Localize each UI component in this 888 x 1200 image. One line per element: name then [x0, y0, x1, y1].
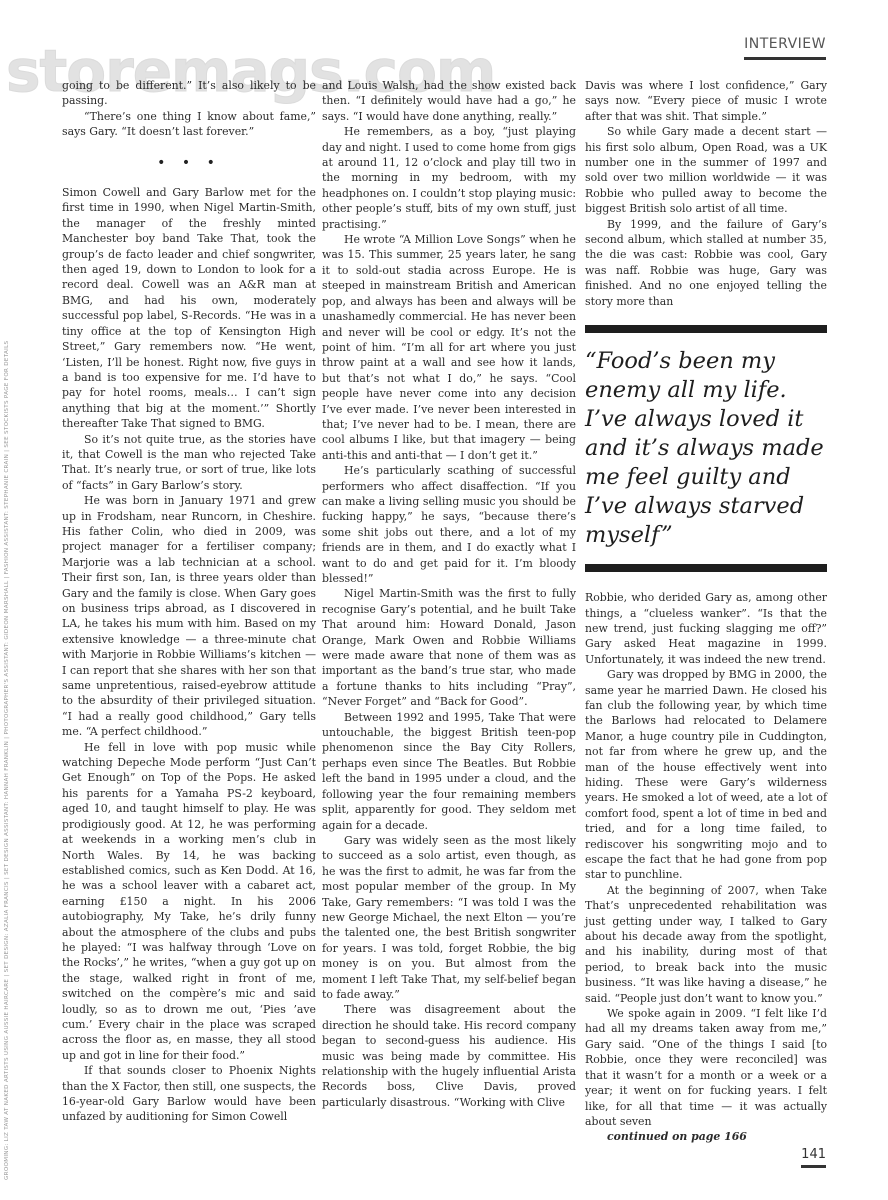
section-label: INTERVIEW: [744, 36, 826, 60]
article-column-1: going to be different.” It’s also likely…: [62, 78, 316, 1125]
paragraph: By 1999, and the failure of Gary’s secon…: [585, 217, 827, 309]
paragraph: Between 1992 and 1995, Take That were un…: [322, 710, 576, 833]
continued-link[interactable]: continued on page 166: [585, 1129, 827, 1144]
section-divider: • • •: [62, 156, 316, 171]
paragraph: We spoke again in 2009. “I felt like I’d…: [585, 1006, 827, 1129]
photo-credits: GROOMING: LIZ TAW AT NAKED ARTISTS USING…: [4, 60, 10, 1180]
paragraph: Robbie, who derided Gary as, among other…: [585, 590, 827, 667]
paragraph: He wrote “A Million Love Songs” when he …: [322, 232, 576, 463]
paragraph: Simon Cowell and Gary Barlow met for the…: [62, 185, 316, 432]
paragraph: He’s particularly scathing of successful…: [322, 463, 576, 586]
paragraph: Davis was where I lost confidence,” Gary…: [585, 78, 827, 124]
paragraph: He remembers, as a boy, “just playing da…: [322, 124, 576, 232]
paragraph: He fell in love with pop music while wat…: [62, 740, 316, 1064]
article-column-3: Davis was where I lost confidence,” Gary…: [585, 78, 827, 1145]
paragraph: At the beginning of 2007, when Take That…: [585, 883, 827, 1006]
paragraph: Gary was dropped by BMG in 2000, the sam…: [585, 667, 827, 883]
paragraph: Gary was widely seen as the most likely …: [322, 833, 576, 1002]
paragraph: He was born in January 1971 and grew up …: [62, 493, 316, 740]
paragraph: If that sounds closer to Phoenix Nights …: [62, 1063, 316, 1125]
paragraph: and Louis Walsh, had the show existed ba…: [322, 78, 576, 124]
pull-quote-text: “Food’s been my enemy all my life. I’ve …: [585, 347, 827, 550]
paragraph: Nigel Martin-Smith was the first to full…: [322, 586, 576, 709]
paragraph: So it’s not quite true, as the stories h…: [62, 432, 316, 494]
article-column-2: and Louis Walsh, had the show existed ba…: [322, 78, 576, 1110]
page-number: 141: [801, 1147, 826, 1168]
paragraph: “There’s one thing I know about fame,” s…: [62, 109, 316, 140]
pull-quote: “Food’s been my enemy all my life. I’ve …: [585, 325, 827, 572]
paragraph: going to be different.” It’s also likely…: [62, 78, 316, 109]
paragraph: So while Gary made a decent start — his …: [585, 124, 827, 216]
paragraph: There was disagreement about the directi…: [322, 1002, 576, 1110]
